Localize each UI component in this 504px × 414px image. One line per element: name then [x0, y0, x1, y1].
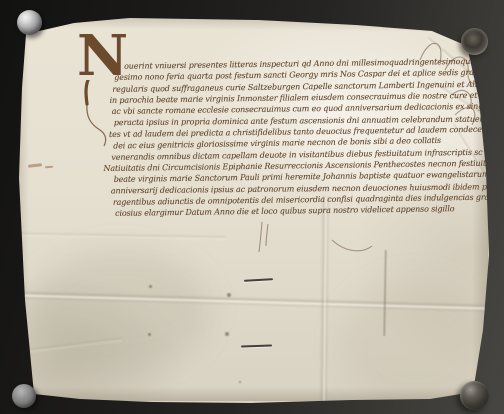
margin-stain: [45, 166, 53, 169]
pin-weight-bottom-left: [12, 384, 36, 408]
manuscript-photo: N ouerint vniuersi presentes litteras in…: [0, 0, 504, 414]
wormhole-spot: [149, 285, 152, 288]
seal-slit: [244, 278, 273, 282]
fold-crease-vertical: [319, 196, 330, 404]
parchment-shading: [30, 250, 210, 370]
pin-weight-bottom-right: [460, 381, 489, 410]
ink-speck: [239, 381, 241, 383]
wormhole-spot: [227, 293, 231, 297]
pin-weight-top-left: [17, 10, 42, 35]
wormhole-spot: [225, 332, 229, 336]
margin-stain: [28, 163, 42, 167]
wormhole-spot: [148, 333, 151, 336]
seal-slit: [241, 344, 272, 347]
parchment-sheet: N ouerint vniuersi presentes litteras in…: [0, 0, 504, 414]
edge-shadow-left: [16, 30, 29, 392]
charter-text-block: ouerint vniuersi presentes litteras insp…: [106, 56, 460, 220]
fold-crease-faint: [16, 231, 226, 241]
pin-weight-top-right: [461, 28, 488, 55]
